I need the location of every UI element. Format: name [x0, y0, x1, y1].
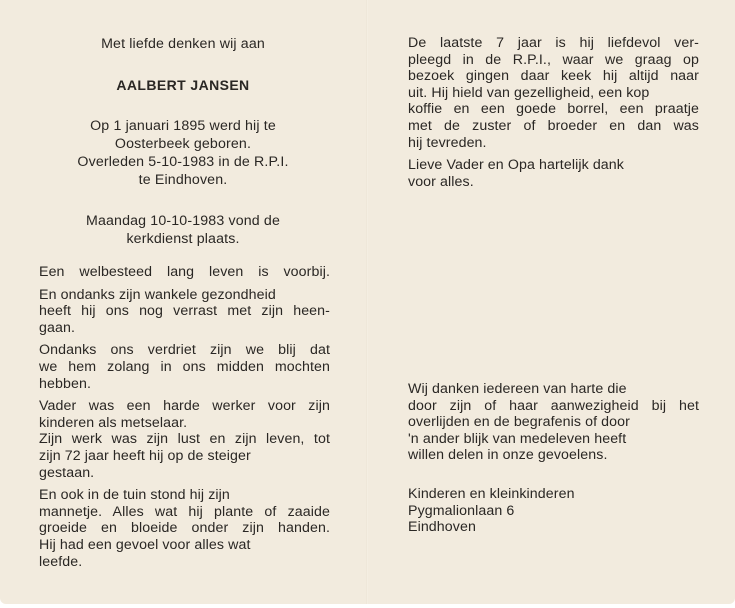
text-line: Ondanks ons verdriet zijn we blij dat — [39, 342, 330, 359]
info-line: Op 1 januari 1895 werd hij te — [0, 117, 366, 135]
info-line: Oosterbeek geboren. — [0, 135, 366, 153]
city-line: Eindhoven — [408, 519, 699, 536]
text-line: groeide en bloeide onder zijn handen. — [39, 520, 330, 537]
text-line: overlijden en de begrafenis of door — [408, 414, 699, 431]
text-line: Wij danken iedereen van harte die — [408, 381, 699, 398]
text-line: Vader was een harde werker voor zijn — [39, 398, 330, 415]
memorial-card: Met liefde denken wij aan AALBERT JANSEN… — [0, 0, 735, 604]
text-line: De laatste 7 jaar is hij liefdevol ver- — [408, 35, 699, 52]
paragraph: En ook in de tuin stond hij zijn mannetj… — [39, 487, 330, 570]
text-line: kinderen als metselaar. — [39, 415, 330, 432]
text-line: uit. Hij hield van gezelligheid, een kop — [408, 85, 699, 102]
paragraph: En ondanks zijn wankele gezondheid heeft… — [39, 287, 330, 337]
right-panel: De laatste 7 jaar is hij liefdevol ver- … — [368, 0, 735, 604]
text-line: koffie en een goede borrel, een praatje — [408, 101, 699, 118]
text-line: Hij had een gevoel voor alles wat — [39, 537, 330, 554]
paragraph: Een welbesteed lang leven is voorbij. — [39, 264, 330, 281]
text-line: willen delen in onze gevoelens. — [408, 447, 699, 464]
text-line: En ook in de tuin stond hij zijn — [39, 487, 330, 504]
text-line: gaan. — [39, 320, 330, 337]
address-line: Pygmalionlaan 6 — [408, 503, 699, 520]
text-line: mannetje. Alles wat hij plante of zaaide — [39, 504, 330, 521]
text-line: bezoek gingen daar keek hij altijd naar — [408, 68, 699, 85]
text-line: zijn 72 jaar heeft hij op de steiger — [39, 448, 330, 465]
text-line: met de zuster of broeder en dan was — [408, 118, 699, 135]
paragraph: De laatste 7 jaar is hij liefdevol ver- … — [408, 35, 699, 151]
text-line: heeft hij ons nog verrast met zijn heen- — [39, 303, 330, 320]
opening-heading: Met liefde denken wij aan — [0, 35, 366, 53]
info-line: Overleden 5-10-1983 in de R.P.I. — [0, 153, 366, 171]
paragraph: Vader was een harde werker voor zijn kin… — [39, 398, 330, 481]
service-line: Maandag 10-10-1983 vond de — [0, 212, 366, 230]
left-panel: Met liefde denken wij aan AALBERT JANSEN… — [0, 0, 366, 604]
family-signature: Kinderen en kleinkinderen Pygmalionlaan … — [408, 486, 699, 536]
heading-text: Met liefde denken wij aan — [0, 35, 366, 53]
birth-death-info: Op 1 januari 1895 werd hij te Oosterbeek… — [0, 117, 366, 189]
text-line: Zijn werk was zijn lust en zijn leven, t… — [39, 431, 330, 448]
text-line: hij tevreden. — [408, 135, 699, 152]
text-line: pleegd in de R.P.I., waar we graag op — [408, 52, 699, 69]
service-line: kerkdienst plaats. — [0, 230, 366, 248]
care-home-story: De laatste 7 jaar is hij liefdevol ver- … — [408, 35, 699, 196]
text-line: we hem zolang in ons midden mochten — [39, 359, 330, 376]
paragraph: Ondanks ons verdriet zijn we blij dat we… — [39, 342, 330, 392]
life-story: Een welbesteed lang leven is voorbij. En… — [39, 264, 330, 576]
text-line: gestaan. — [39, 465, 330, 482]
text-line: Lieve Vader en Opa hartelijk dank — [408, 157, 699, 174]
text-line: En ondanks zijn wankele gezondheid — [39, 287, 330, 304]
name-text: AALBERT JANSEN — [0, 76, 366, 94]
paragraph: Lieve Vader en Opa hartelijk dank voor a… — [408, 157, 699, 190]
info-line: te Eindhoven. — [0, 171, 366, 189]
service-info: Maandag 10-10-1983 vond de kerkdienst pl… — [0, 212, 366, 248]
text-line: door zijn of haar aanwezigheid bij het — [408, 398, 699, 415]
thank-you-note: Wij danken iedereen van harte die door z… — [408, 381, 699, 464]
text-line: leefde. — [39, 554, 330, 571]
text-line: 'n ander blijk van medeleven heeft — [408, 431, 699, 448]
text-line: Een welbesteed lang leven is voorbij. — [39, 264, 330, 281]
deceased-name: AALBERT JANSEN — [0, 76, 366, 94]
text-line: voor alles. — [408, 174, 699, 191]
text-line: hebben. — [39, 376, 330, 393]
signature-line: Kinderen en kleinkinderen — [408, 486, 699, 503]
